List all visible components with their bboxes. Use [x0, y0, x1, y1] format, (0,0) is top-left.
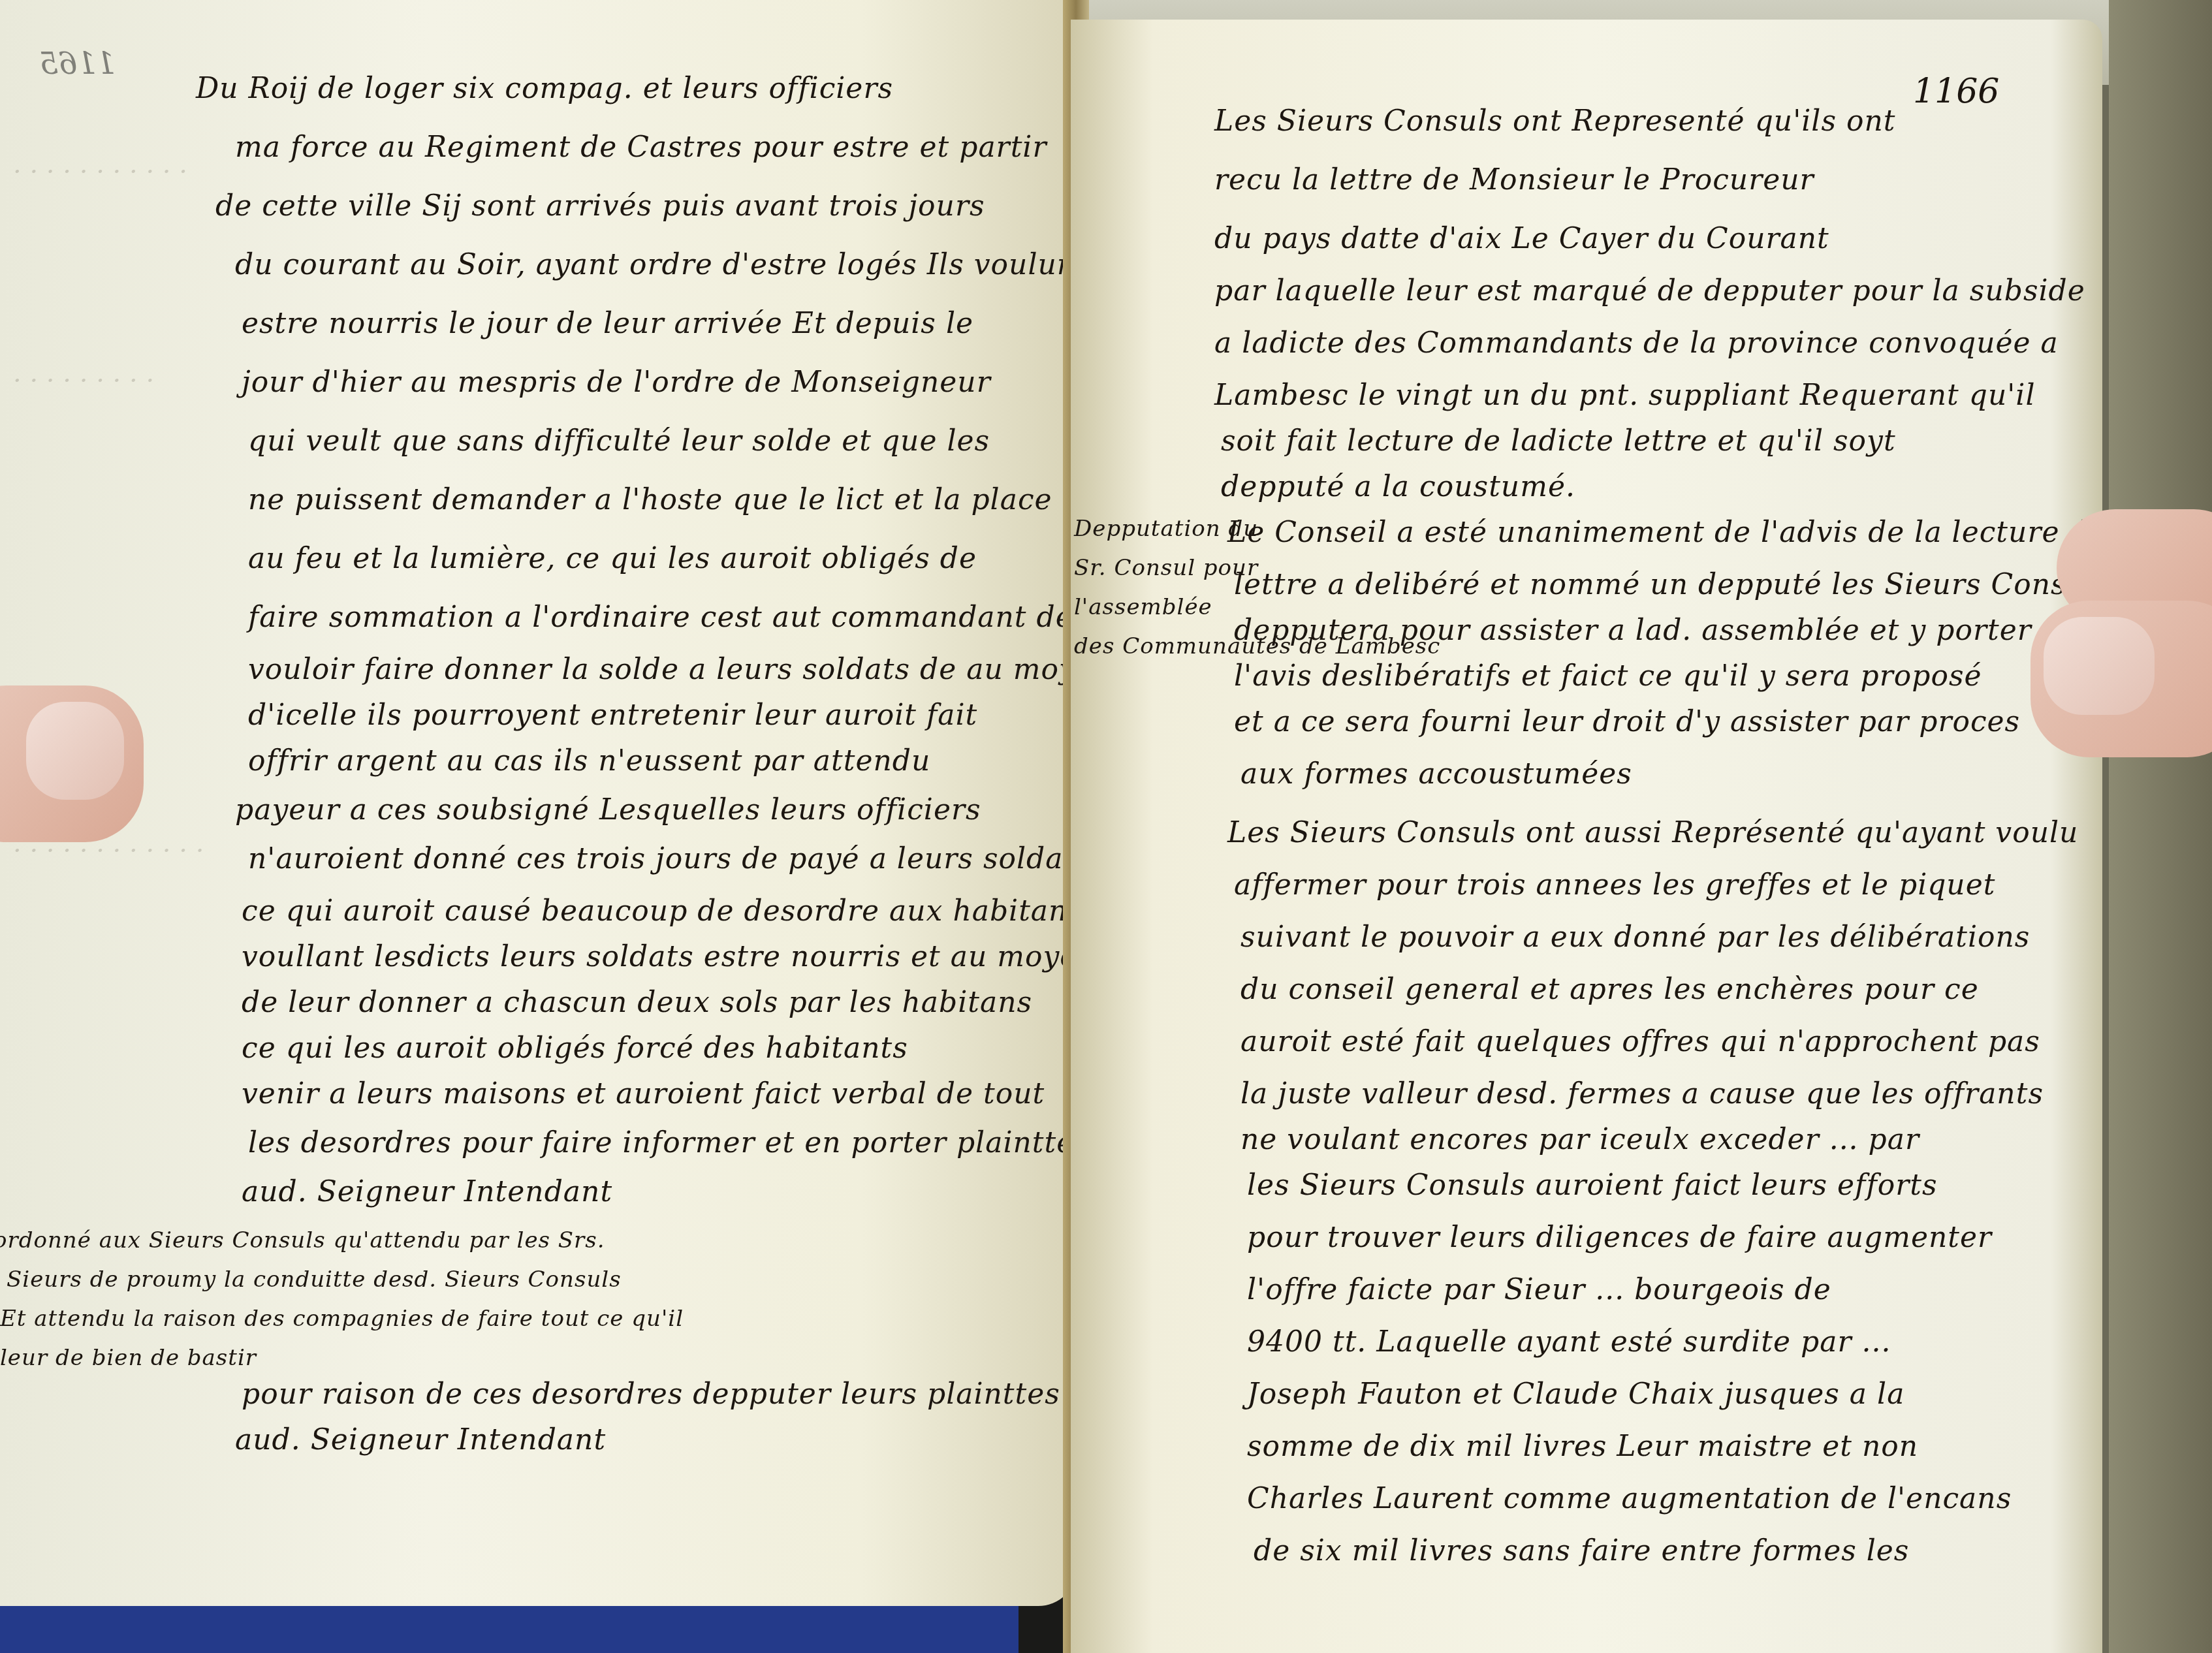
manuscript-line: voullant lesdicts leurs soldats estre no…	[242, 940, 1077, 973]
manuscript-line: et a ce sera fourni leur droit d'y assis…	[1234, 705, 2020, 738]
manuscript-line: de cette ville Sij sont arrivés puis ava…	[215, 189, 985, 223]
margin-note-line: Sieurs de proumy la conduitte desd. Sieu…	[7, 1267, 622, 1293]
manuscript-line: auroit esté fait quelques offres qui n'a…	[1240, 1025, 2040, 1058]
manuscript-line: Le Conseil a esté unanimement de l'advis…	[1227, 516, 2102, 549]
manuscript-line: au feu et la lumière, ce qui les auroit …	[248, 542, 977, 575]
manuscript-line: du conseil general et apres les enchères…	[1240, 973, 1979, 1006]
manuscript-line: du pays datte d'aix Le Cayer du Courant	[1214, 222, 1829, 255]
manuscript-line: lettre a delibéré et nommé un depputé le…	[1234, 568, 2102, 601]
manuscript-line: la juste valleur desd. fermes a cause qu…	[1240, 1077, 2044, 1110]
margin-note-line: Sr. Consul pour	[1074, 555, 1258, 581]
manuscript-line: vouloir faire donner la solde a leurs so…	[248, 653, 1077, 686]
manuscript-line: estre nourris le jour de leur arrivée Et…	[242, 307, 973, 340]
manuscript-line: de six mil livres sans faire entre forme…	[1254, 1534, 1909, 1567]
manuscript-line: somme de dix mil livres Leur maistre et …	[1247, 1430, 1918, 1463]
manuscript-line: Du Roij de loger six compag. et leurs of…	[196, 72, 893, 105]
manuscript-line: ce qui les auroit obligés forcé des habi…	[242, 1031, 908, 1065]
manuscript-line: par laquelle leur est marqué de depputer…	[1214, 274, 2085, 307]
margin-note-line: Et attendu la raison des compagnies de f…	[0, 1306, 684, 1332]
manuscript-line: recu la lettre de Monsieur le Procureur	[1214, 163, 1814, 197]
manuscript-line: les desordres pour faire informer et en …	[248, 1126, 1074, 1159]
manuscript-line: de leur donner a chascun deux sols par l…	[242, 986, 1032, 1019]
right-page: 1166 Les Sieurs Consuls ont Representé q…	[1071, 20, 2102, 1653]
manuscript-line: suivant le pouvoir a eux donné par les d…	[1240, 921, 2030, 954]
left-page-number-showthrough: 1165	[39, 46, 116, 81]
manuscript-line: aud. Seigneur Intendant	[235, 1423, 606, 1456]
manuscript-line: depputé a la coustumé.	[1221, 470, 1575, 503]
manuscript-line: du courant au Soir, ayant ordre d'estre …	[235, 248, 1077, 281]
margin-note-line: leur de bien de bastir	[0, 1345, 257, 1371]
left-page: 1165 · · · · · · · · · · · · · · · · · ·…	[0, 0, 1077, 1606]
manuscript-line: soit fait lecture de ladicte lettre et q…	[1221, 424, 1896, 458]
manuscript-line: Les Sieurs Consuls ont Representé qu'ils…	[1214, 104, 1895, 138]
manuscript-line: ce qui auroit causé beaucoup de desordre…	[242, 894, 1077, 928]
right-thumbnail	[2044, 617, 2155, 715]
manuscript-line: a ladicte des Commandants de la province…	[1214, 326, 2059, 360]
manuscript-line: ma force au Regiment de Castres pour est…	[235, 131, 1047, 164]
manuscript-line: n'auroient donné ces trois jours de payé…	[248, 842, 1077, 875]
manuscript-line: Lambesc le vingt un du pnt. suppliant Re…	[1214, 379, 2035, 412]
margin-note-line: ordonné aux Sieurs Consuls qu'attendu pa…	[0, 1227, 605, 1253]
manuscript-line: les Sieurs Consuls auroient faict leurs …	[1247, 1169, 1937, 1202]
margin-note-line: l'assemblée	[1074, 594, 1212, 620]
book-page-edges	[2109, 0, 2212, 1653]
manuscript-line: faire sommation a l'ordinaire cest aut c…	[248, 601, 1073, 634]
manuscript-line: offrir argent au cas ils n'eussent par a…	[248, 744, 930, 778]
manuscript-line: depputera pour assister a lad. assemblée…	[1234, 614, 2032, 647]
manuscript-line: Joseph Fauton et Claude Chaix jusques a …	[1247, 1377, 1904, 1411]
manuscript-line: affermer pour trois annees les greffes e…	[1234, 868, 1995, 902]
manuscript-line: payeur a ces soubsigné Lesquelles leurs …	[235, 793, 981, 827]
manuscript-line: venir a leurs maisons et auroient faict …	[242, 1077, 1045, 1110]
right-page-number: 1166	[1913, 72, 1999, 111]
manuscript-line: pour raison de ces desordres depputer le…	[242, 1377, 1060, 1411]
manuscript-line: qui veult que sans difficulté leur solde…	[248, 424, 990, 458]
manuscript-line: jour d'hier au mespris de l'ordre de Mon…	[242, 366, 991, 399]
manuscript-line: ne voulant encores par iceulx exceder ..…	[1240, 1123, 1920, 1156]
manuscript-line: l'offre faicte par Sieur ... bourgeois d…	[1247, 1273, 1831, 1306]
manuscript-line: pour trouver leurs diligences de faire a…	[1247, 1221, 1992, 1254]
manuscript-line: d'icelle ils pourroyent entretenir leur …	[248, 699, 977, 732]
manuscript-line: aux formes accoustumées	[1240, 757, 1632, 791]
manuscript-line: ne puissent demander a l'hoste que le li…	[248, 483, 1052, 516]
manuscript-line: 9400 tt. Laquelle ayant esté surdite par…	[1247, 1325, 1891, 1359]
left-thumbnail	[26, 702, 124, 800]
manuscript-line: Les Sieurs Consuls ont aussi Représenté …	[1227, 816, 2078, 849]
manuscript-line: aud. Seigneur Intendant	[242, 1175, 612, 1208]
manuscript-line: l'avis deslibératifs et faict ce qu'il y…	[1234, 659, 1982, 693]
manuscript-line: Charles Laurent comme augmentation de l'…	[1247, 1482, 2012, 1515]
